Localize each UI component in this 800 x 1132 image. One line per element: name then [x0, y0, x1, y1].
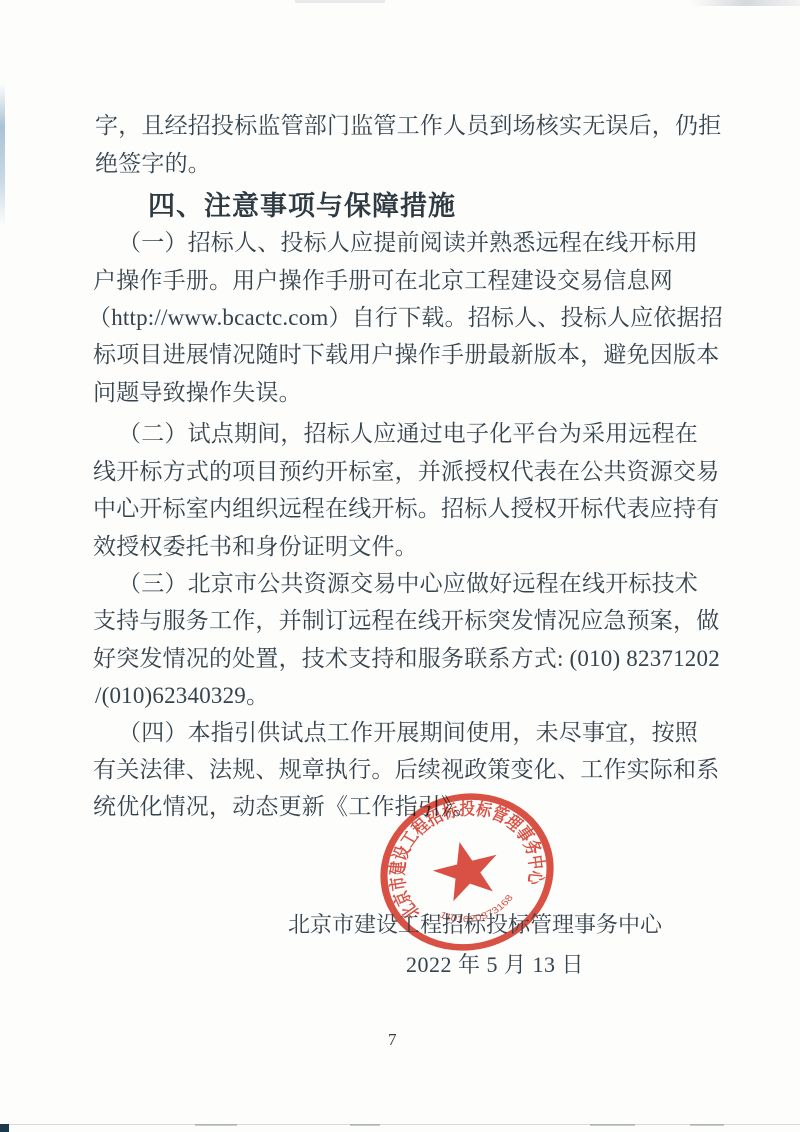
scan-artifact-bottom-dash — [590, 1124, 635, 1126]
scan-artifact-bottom-line — [0, 1124, 800, 1125]
body-line: 字，且经招投标监管部门监管工作人员到场核实无误后，仍拒 — [95, 112, 721, 140]
scan-artifact-left-strip — [0, 84, 5, 226]
body-line: （http://www.bcactc.com）自行下载。招标人、投标人应依据招 — [88, 304, 723, 332]
scan-artifact-top-smudge-2 — [295, 0, 385, 3]
seal-star-icon — [428, 834, 505, 904]
body-line: 效授权委托书和身份证明文件。 — [93, 533, 418, 561]
body-line: 户操作手册。用户操作手册可在北京工程建设交易信息网 — [93, 267, 673, 295]
body-line: 支持与服务工作，并制订远程在线开标突发情况应急预案，做 — [93, 607, 719, 635]
signature-date: 2022 年 5 月 13 日 — [406, 948, 584, 979]
scan-artifact-corner-mark — [0, 1124, 9, 1132]
scan-artifact-bottom-dash — [690, 1124, 724, 1126]
page-number: 7 — [388, 1030, 397, 1050]
signature-org: 北京市建设工程招标投标管理事务中心 — [288, 908, 662, 939]
body-line: （二）试点期间，招标人应通过电子化平台为采用远程在 — [118, 420, 698, 448]
scanned-document-page: { "document": { "body_lines": [ "字，且经招投标… — [0, 0, 800, 1132]
body-line: 有关法律、法规、规章执行。后续视政策变化、工作实际和系 — [93, 756, 719, 784]
body-line: 好突发情况的处置，技术支持和服务联系方式: (010) 82371202 — [93, 645, 720, 673]
section-heading: 四、注意事项与保障措施 — [148, 190, 456, 222]
body-line: 中心开标室内组织远程在线开标。招标人授权开标代表应持有 — [93, 495, 719, 523]
body-line: 线开标方式的项目预约开标室，并派授权代表在公共资源交易 — [93, 458, 719, 486]
scan-artifact-top-smudge — [690, 0, 800, 6]
body-line: （三）北京市公共资源交易中心应做好远程在线开标技术 — [118, 570, 698, 598]
body-line: （一）招标人、投标人应提前阅读并熟悉远程在线开标用 — [118, 229, 698, 257]
body-line: /(010)62340329。 — [95, 682, 269, 710]
body-line: 标项目进展情况随时下载用户操作手册最新版本，避免因版本 — [93, 341, 719, 369]
scan-artifact-bottom-dash — [195, 1124, 237, 1126]
body-line: 问题导致操作失误。 — [93, 379, 302, 407]
scan-artifact-bottom-dash — [350, 1124, 380, 1126]
body-line: （四）本指引供试点工作开展期间使用，未尽事宜，按照 — [118, 719, 698, 747]
body-line: 绝签字的。 — [95, 150, 211, 178]
